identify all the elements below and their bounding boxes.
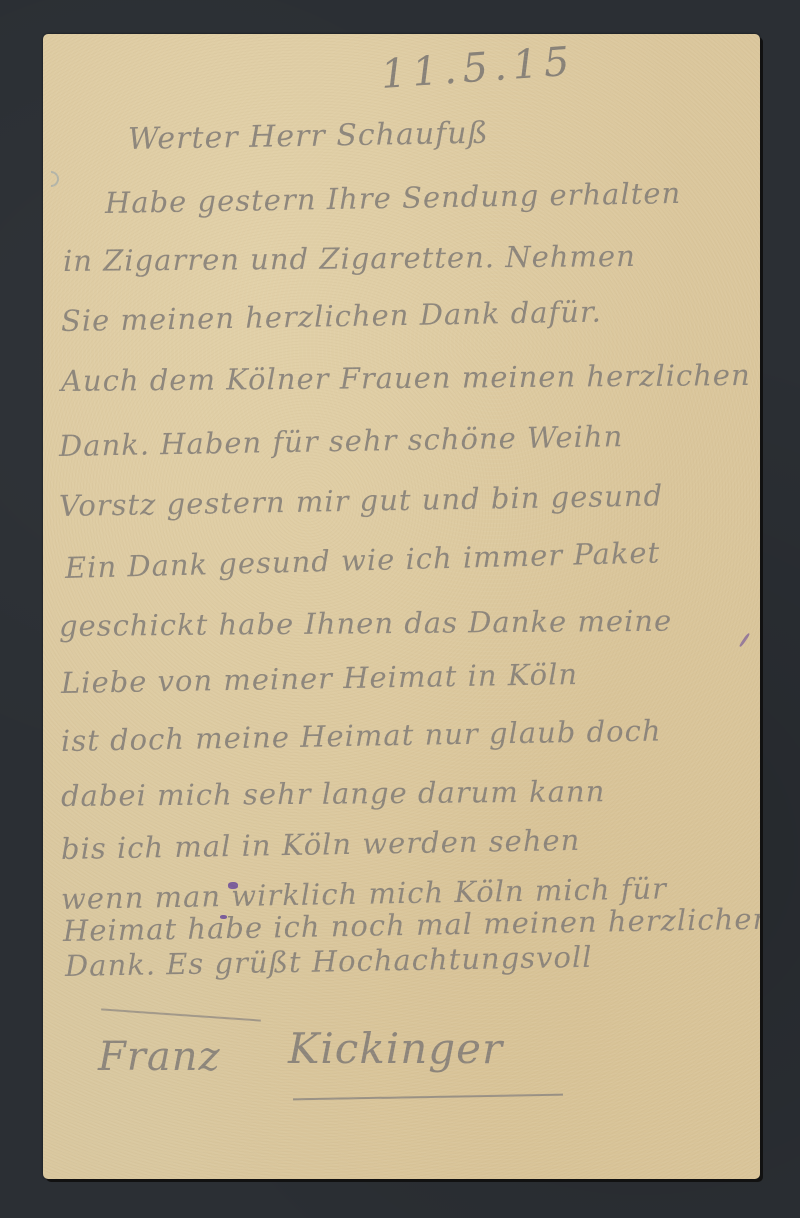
letter-line: Ein Dank gesund wie ich immer Paket <box>65 535 661 585</box>
signature-underline <box>293 1094 563 1101</box>
signature-first-name: Franz <box>98 1034 221 1080</box>
postcard: 11.5.15 Werter Herr Schaufuß Habe gester… <box>43 34 760 1179</box>
letter-line: Liebe von meiner Heimat in Köln <box>61 657 579 700</box>
letter-line: bis ich mal in Köln werden sehen <box>61 823 581 866</box>
violet-ink-spot <box>228 882 238 889</box>
letter-line: ist doch meine Heimat nur glaub doch <box>61 714 662 758</box>
violet-ink-stroke <box>739 633 751 648</box>
letter-date: 11.5.15 <box>379 38 576 97</box>
edge-pen-mark <box>51 171 59 187</box>
letter-line: Auch dem Kölner Frauen meinen herzlichen <box>61 358 751 398</box>
letter-line: Dank. Haben für sehr schöne Weihn <box>59 419 624 463</box>
signature-flourish <box>101 1008 261 1021</box>
letter-line: Vorstz gestern mir gut und bin gesund <box>59 478 664 523</box>
letter-line: geschickt habe Ihnen das Danke meine <box>59 604 672 643</box>
signature-last-name: Kickinger <box>288 1024 503 1073</box>
letter-line: dabei mich sehr lange darum kann <box>61 774 606 813</box>
letter-salutation: Werter Herr Schaufuß <box>128 116 489 157</box>
letter-line: Sie meinen herzlichen Dank dafür. <box>61 295 602 338</box>
letter-line: Habe gestern Ihre Sendung erhalten <box>105 176 682 220</box>
violet-ink-spot <box>220 915 227 919</box>
letter-line: in Zigarren und Zigaretten. Nehmen <box>63 239 636 278</box>
